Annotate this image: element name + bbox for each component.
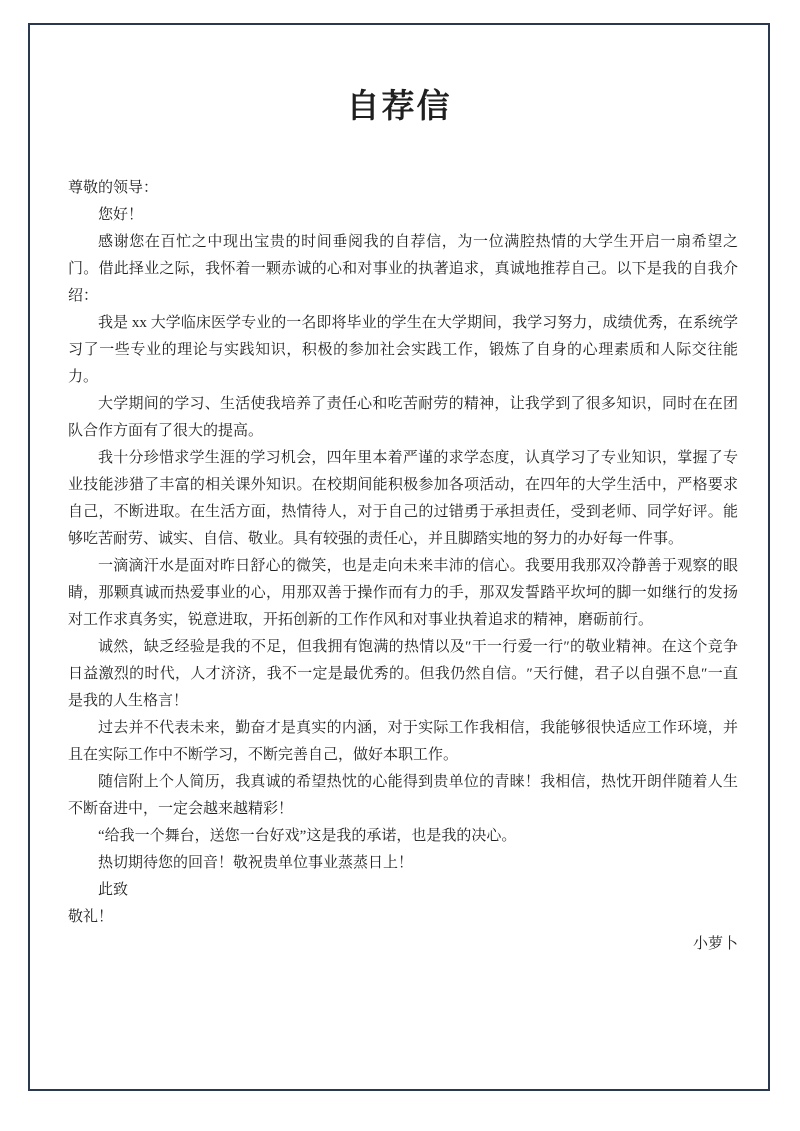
closing-salute: 敬礼！ [68,904,738,931]
letter-paragraph: “给我一个舞台，送您一台好戏”这是我的承诺，也是我的决心。 [68,823,738,850]
letter-paragraph: 热切期待您的回音！敬祝贵单位事业蒸蒸日上！ [68,850,738,877]
letter-paragraph: 我是 xx 大学临床医学专业的一名即将毕业的学生在大学期间，我学习努力，成绩优秀… [68,310,738,391]
document-title: 自荐信 [30,83,768,131]
signature: 小萝卜 [68,931,738,958]
letter-paragraph: 我十分珍惜求学生涯的学习机会，四年里本着严谨的求学态度，认真学习了专业知识，掌握… [68,445,738,553]
letter-paragraph: 诚然，缺乏经验是我的不足，但我拥有饱满的热情以及″干一行爱一行″的敬业精神。在这… [68,634,738,715]
greeting: 您好！ [68,202,738,229]
letter-paragraph: 大学期间的学习、生活使我培养了责任心和吃苦耐劳的精神，让我学到了很多知识，同时在… [68,391,738,445]
letter-paragraph: 一滴滴汗水是面对昨日舒心的微笑，也是走向未来丰沛的信心。我要用我那双冷静善于观察… [68,553,738,634]
closing-respectfully: 此致 [68,877,738,904]
letter-paragraph: 过去并不代表未来，勤奋才是真实的内涵，对于实际工作我相信，我能够很快适应工作环境… [68,715,738,769]
page-border-frame: 自荐信 尊敬的领导： 您好！ 感谢您在百忙之中现出宝贵的时间垂阅我的自荐信，为一… [28,23,770,1091]
letter-paragraph: 随信附上个人简历，我真诚的希望热忱的心能得到贵单位的青睐！我相信，热忱开朗伴随着… [68,769,738,823]
letter-body: 尊敬的领导： 您好！ 感谢您在百忙之中现出宝贵的时间垂阅我的自荐信，为一位满腔热… [30,175,768,958]
salutation: 尊敬的领导： [68,175,738,202]
letter-paragraph: 感谢您在百忙之中现出宝贵的时间垂阅我的自荐信，为一位满腔热情的大学生开启一扇希望… [68,229,738,310]
document-page: 自荐信 尊敬的领导： 您好！ 感谢您在百忙之中现出宝贵的时间垂阅我的自荐信，为一… [0,0,800,1131]
